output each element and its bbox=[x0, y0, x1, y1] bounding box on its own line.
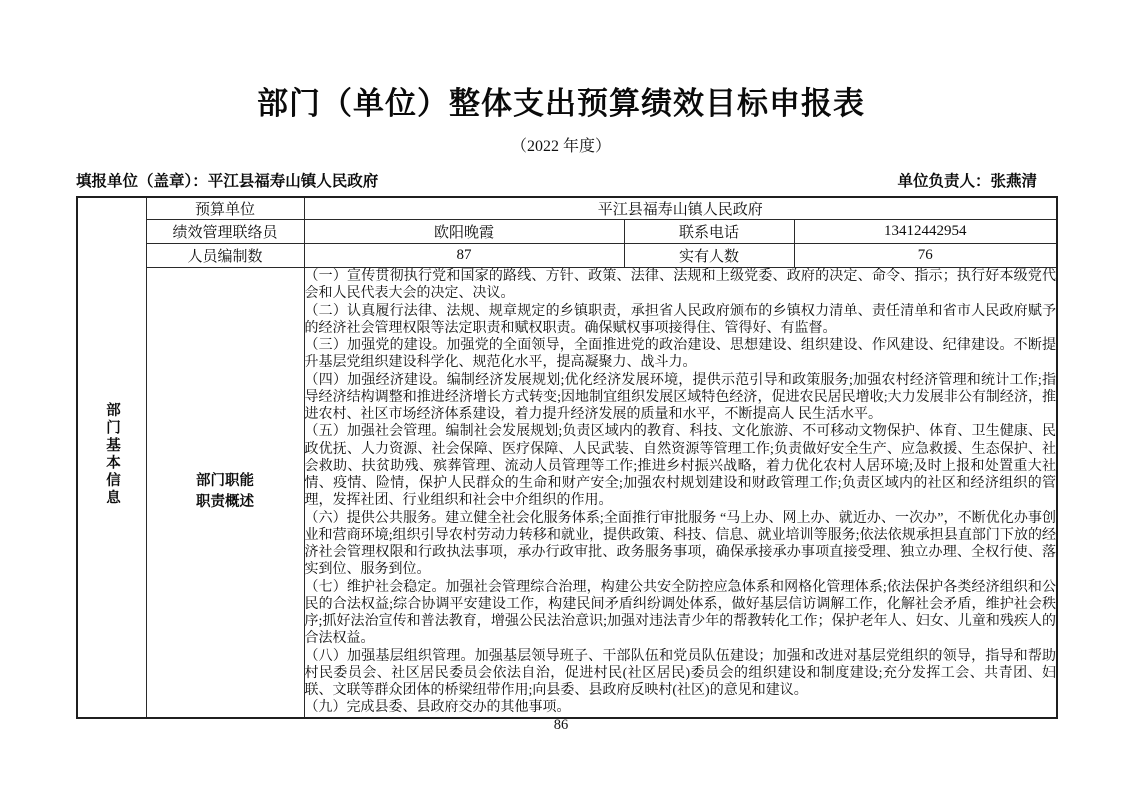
duties-text-cell: （一）宣传贯彻执行党和国家的路线、方针、政策、法律、法规和上级党委、政府的决定、… bbox=[304, 268, 1057, 718]
budget-unit-value: 平江县福寿山镇人民政府 bbox=[304, 197, 1057, 220]
liaison-label: 绩效管理联络员 bbox=[146, 220, 304, 244]
duty-paragraph: （六）提供公共服务。建立健全社会化服务体系;全面推行审批服务 “马上办、网上办、… bbox=[305, 510, 1057, 579]
staffing-quota-value: 87 bbox=[304, 244, 624, 268]
table-row: 部门职能 职责概述 （一）宣传贯彻执行党和国家的路线、方针、政策、法律、法规和上… bbox=[77, 268, 1057, 718]
duty-paragraph: （二）认真履行法律、法规、规章规定的乡镇职责，承担省人民政府颁布的乡镇权力清单、… bbox=[305, 303, 1057, 338]
table-row: 部门基本信息 预算单位 平江县福寿山镇人民政府 bbox=[77, 197, 1057, 220]
page-number: 86 bbox=[0, 717, 1122, 734]
duties-label-line1: 部门职能 bbox=[147, 471, 304, 492]
header-info-row: 填报单位（盖章）：平江县福寿山镇人民政府 单位负责人：张燕清 bbox=[76, 169, 1056, 191]
table-row: 绩效管理联络员 欧阳晚霞 联系电话 13412442954 bbox=[77, 220, 1057, 244]
phone-label: 联系电话 bbox=[624, 220, 794, 244]
staffing-quota-label: 人员编制数 bbox=[146, 244, 304, 268]
document-subtitle: （2022 年度） bbox=[0, 133, 1122, 156]
duty-paragraph: （一）宣传贯彻执行党和国家的路线、方针、政策、法律、法规和上级党委、政府的决定、… bbox=[305, 268, 1057, 303]
duties-paragraphs: （一）宣传贯彻执行党和国家的路线、方针、政策、法律、法规和上级党委、政府的决定、… bbox=[305, 268, 1057, 717]
duty-paragraph: （四）加强经济建设。编制经济发展规划;优化经济发展环境，提供示范引导和政策服务;… bbox=[305, 372, 1057, 424]
liaison-value: 欧阳晚霞 bbox=[304, 220, 624, 244]
duty-paragraph: （七）维护社会稳定。加强社会管理综合治理，构建公共安全防控应急体系和网格化管理体… bbox=[305, 579, 1057, 648]
document-title: 部门（单位）整体支出预算绩效目标申报表 bbox=[0, 78, 1122, 123]
budget-unit-label: 预算单位 bbox=[146, 197, 304, 220]
duty-paragraph: （三）加强党的建设。加强党的全面领导，全面推进党的政治建设、思想建设、组织建设、… bbox=[305, 337, 1057, 372]
actual-headcount-label: 实有人数 bbox=[624, 244, 794, 268]
responsible-person-label: 单位负责人：张燕清 bbox=[897, 169, 1056, 191]
phone-value: 13412442954 bbox=[794, 220, 1057, 244]
section-label-cell: 部门基本信息 bbox=[77, 197, 146, 718]
document-page: 部门（单位）整体支出预算绩效目标申报表 （2022 年度） 填报单位（盖章）：平… bbox=[0, 0, 1122, 793]
basic-info-table: 部门基本信息 预算单位 平江县福寿山镇人民政府 绩效管理联络员 欧阳晚霞 联系电… bbox=[76, 196, 1058, 719]
duty-paragraph: （九）完成县委、县政府交办的其他事项。 bbox=[305, 699, 1057, 716]
filler-unit-label: 填报单位（盖章）：平江县福寿山镇人民政府 bbox=[76, 169, 378, 191]
actual-headcount-value: 76 bbox=[794, 244, 1057, 268]
duties-label-line2: 职责概述 bbox=[147, 492, 304, 513]
duty-paragraph: （八）加强基层组织管理。加强基层领导班子、干部队伍和党员队伍建设；加强和改进对基… bbox=[305, 648, 1057, 700]
table-row: 人员编制数 87 实有人数 76 bbox=[77, 244, 1057, 268]
section-label: 部门基本信息 bbox=[105, 402, 120, 507]
duty-paragraph: （五）加强社会管理。编制社会发展规划;负责区域内的教育、科技、文化旅游、不可移动… bbox=[305, 423, 1057, 509]
duties-label-cell: 部门职能 职责概述 bbox=[146, 268, 304, 718]
